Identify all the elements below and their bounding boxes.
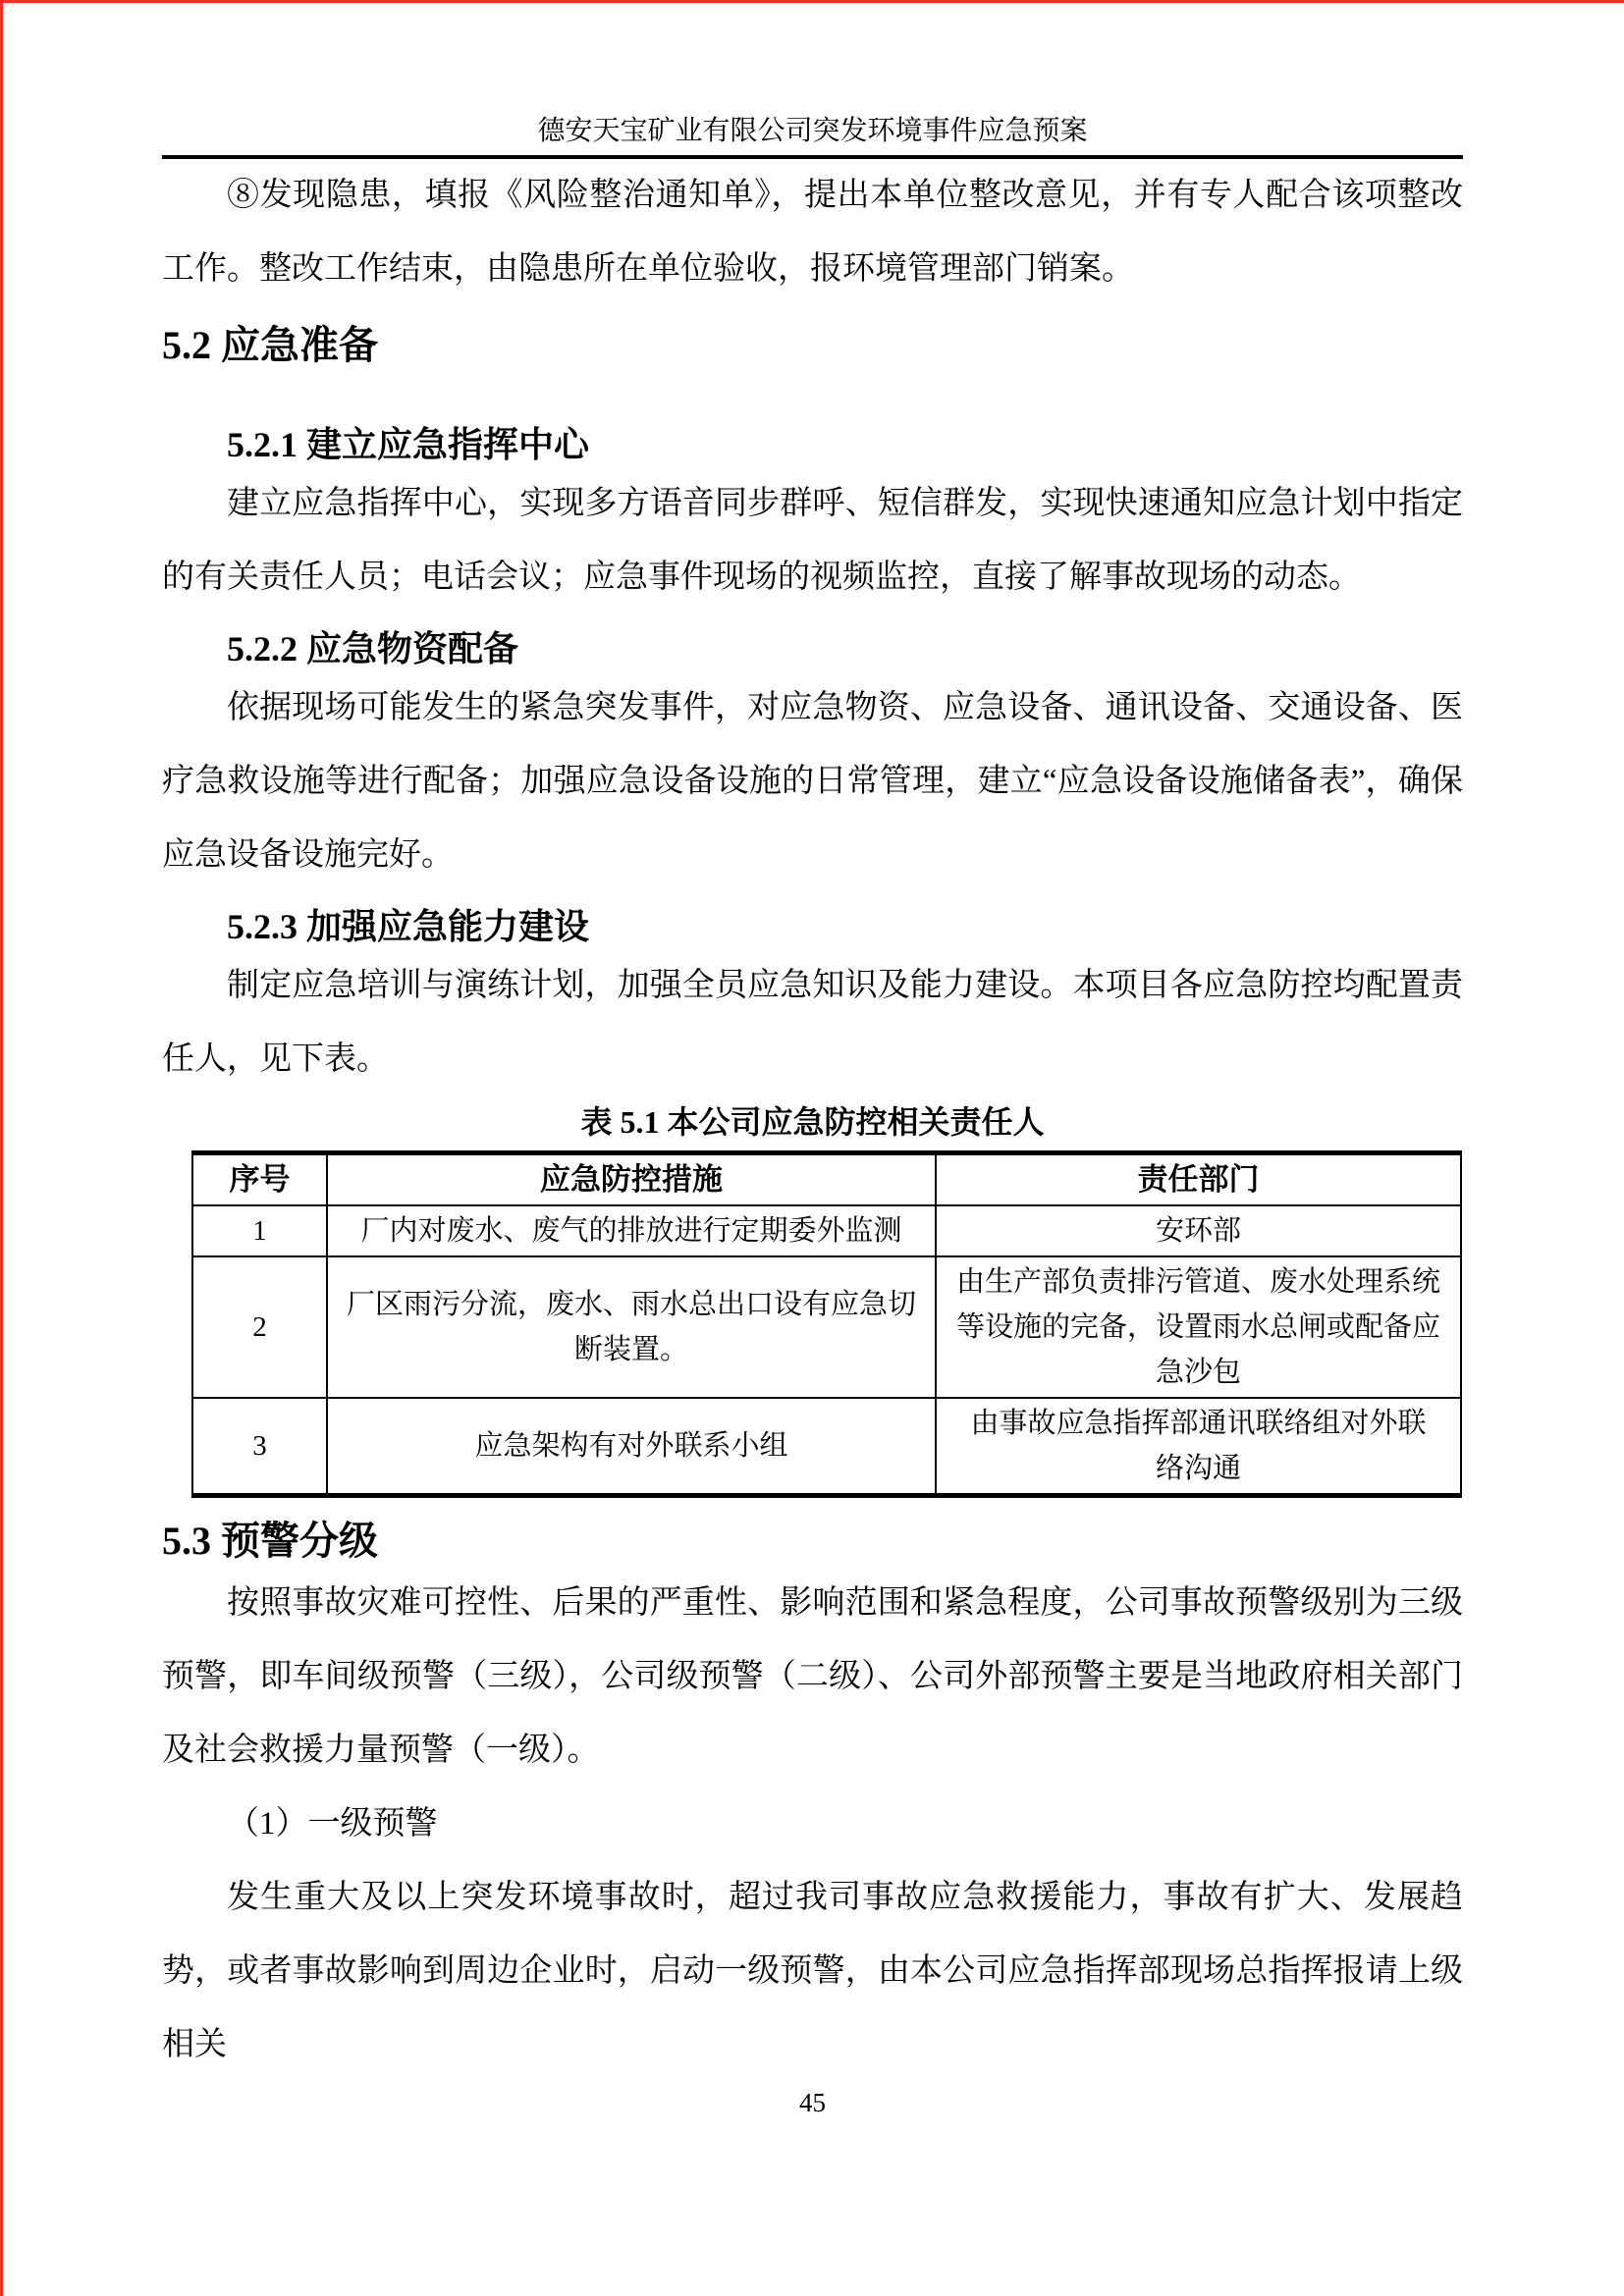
- paragraph-hidden-danger: ⑧发现隐患，填报《风险整治通知单》，提出本单位整改意见，并有专人配合该项整改工作…: [162, 159, 1463, 306]
- table-5-1: 序号 应急防控措施 责任部门 1 厂内对废水、废气的排放进行定期委外监测 安环部…: [191, 1150, 1462, 1498]
- paragraph-5-2-1: 建立应急指挥中心，实现多方语音同步群呼、短信群发，实现快速通知应急计划中指定的有…: [162, 467, 1463, 614]
- paragraph-warning-levels: 按照事故灾难可控性、后果的严重性、影响范围和紧急程度，公司事故预警级别为三级预警…: [162, 1567, 1463, 1788]
- paragraph-level-1-warning-label: （1）一级预警: [162, 1788, 1463, 1861]
- paragraph-level-1-warning-desc: 发生重大及以上突发环境事故时，超过我司事故应急救援能力，事故有扩大、发展趋势，或…: [162, 1861, 1463, 2082]
- heading-5-2-1: 5.2.1 建立应急指挥中心: [227, 422, 1463, 467]
- heading-5-2-3: 5.2.3 加强应急能力建设: [227, 904, 1463, 949]
- document-page: 德安天宝矿业有限公司突发环境事件应急预案 ⑧发现隐患，填报《风险整治通知单》，提…: [0, 0, 1624, 2296]
- cell-row-no: 3: [192, 1398, 327, 1496]
- paragraph-5-2-3: 制定应急培训与演练计划，加强全员应急知识及能力建设。本项目各应急防控均配置责任人…: [162, 949, 1463, 1096]
- heading-5-2: 5.2 应急准备: [162, 320, 1463, 371]
- table-header-cell-index: 序号: [192, 1153, 327, 1206]
- page-border-top-line: [0, 0, 1624, 3]
- table-row: 3 应急架构有对外联系小组 由事故应急指挥部通讯联络组对外联 络沟通: [192, 1398, 1461, 1496]
- cell-department: 由事故应急指挥部通讯联络组对外联 络沟通: [936, 1398, 1461, 1496]
- cell-department: 由生产部负责排污管道、废水处理系统 等设施的完备，设置雨水总闸或配备应 急沙包: [936, 1256, 1461, 1398]
- cell-measure: 应急架构有对外联系小组: [327, 1398, 936, 1496]
- page-number: 45: [162, 2086, 1463, 2119]
- document-header-title: 德安天宝矿业有限公司突发环境事件应急预案: [162, 0, 1463, 149]
- table-5-1-title: 表 5.1 本公司应急防控相关责任人: [162, 1102, 1463, 1142]
- cell-department: 安环部: [936, 1205, 1461, 1256]
- page-border-left-line: [0, 0, 3, 2296]
- heading-5-2-2: 5.2.2 应急物资配备: [227, 626, 1463, 671]
- table-header-row: 序号 应急防控措施 责任部门: [192, 1153, 1461, 1206]
- cell-row-no: 1: [192, 1205, 327, 1256]
- cell-measure: 厂内对废水、废气的排放进行定期委外监测: [327, 1205, 936, 1256]
- paragraph-5-2-2: 依据现场可能发生的紧急突发事件，对应急物资、应急设备、通讯设备、交通设备、医疗急…: [162, 671, 1463, 892]
- table-header-cell-department: 责任部门: [936, 1153, 1461, 1206]
- table-row: 1 厂内对废水、废气的排放进行定期委外监测 安环部: [192, 1205, 1461, 1256]
- table-header-cell-measure: 应急防控措施: [327, 1153, 936, 1206]
- heading-5-3: 5.3 预警分级: [162, 1516, 1463, 1567]
- cell-measure: 厂区雨污分流，废水、雨水总出口设有应急切 断装置。: [327, 1256, 936, 1398]
- table-row: 2 厂区雨污分流，废水、雨水总出口设有应急切 断装置。 由生产部负责排污管道、废…: [192, 1256, 1461, 1398]
- cell-row-no: 2: [192, 1256, 327, 1398]
